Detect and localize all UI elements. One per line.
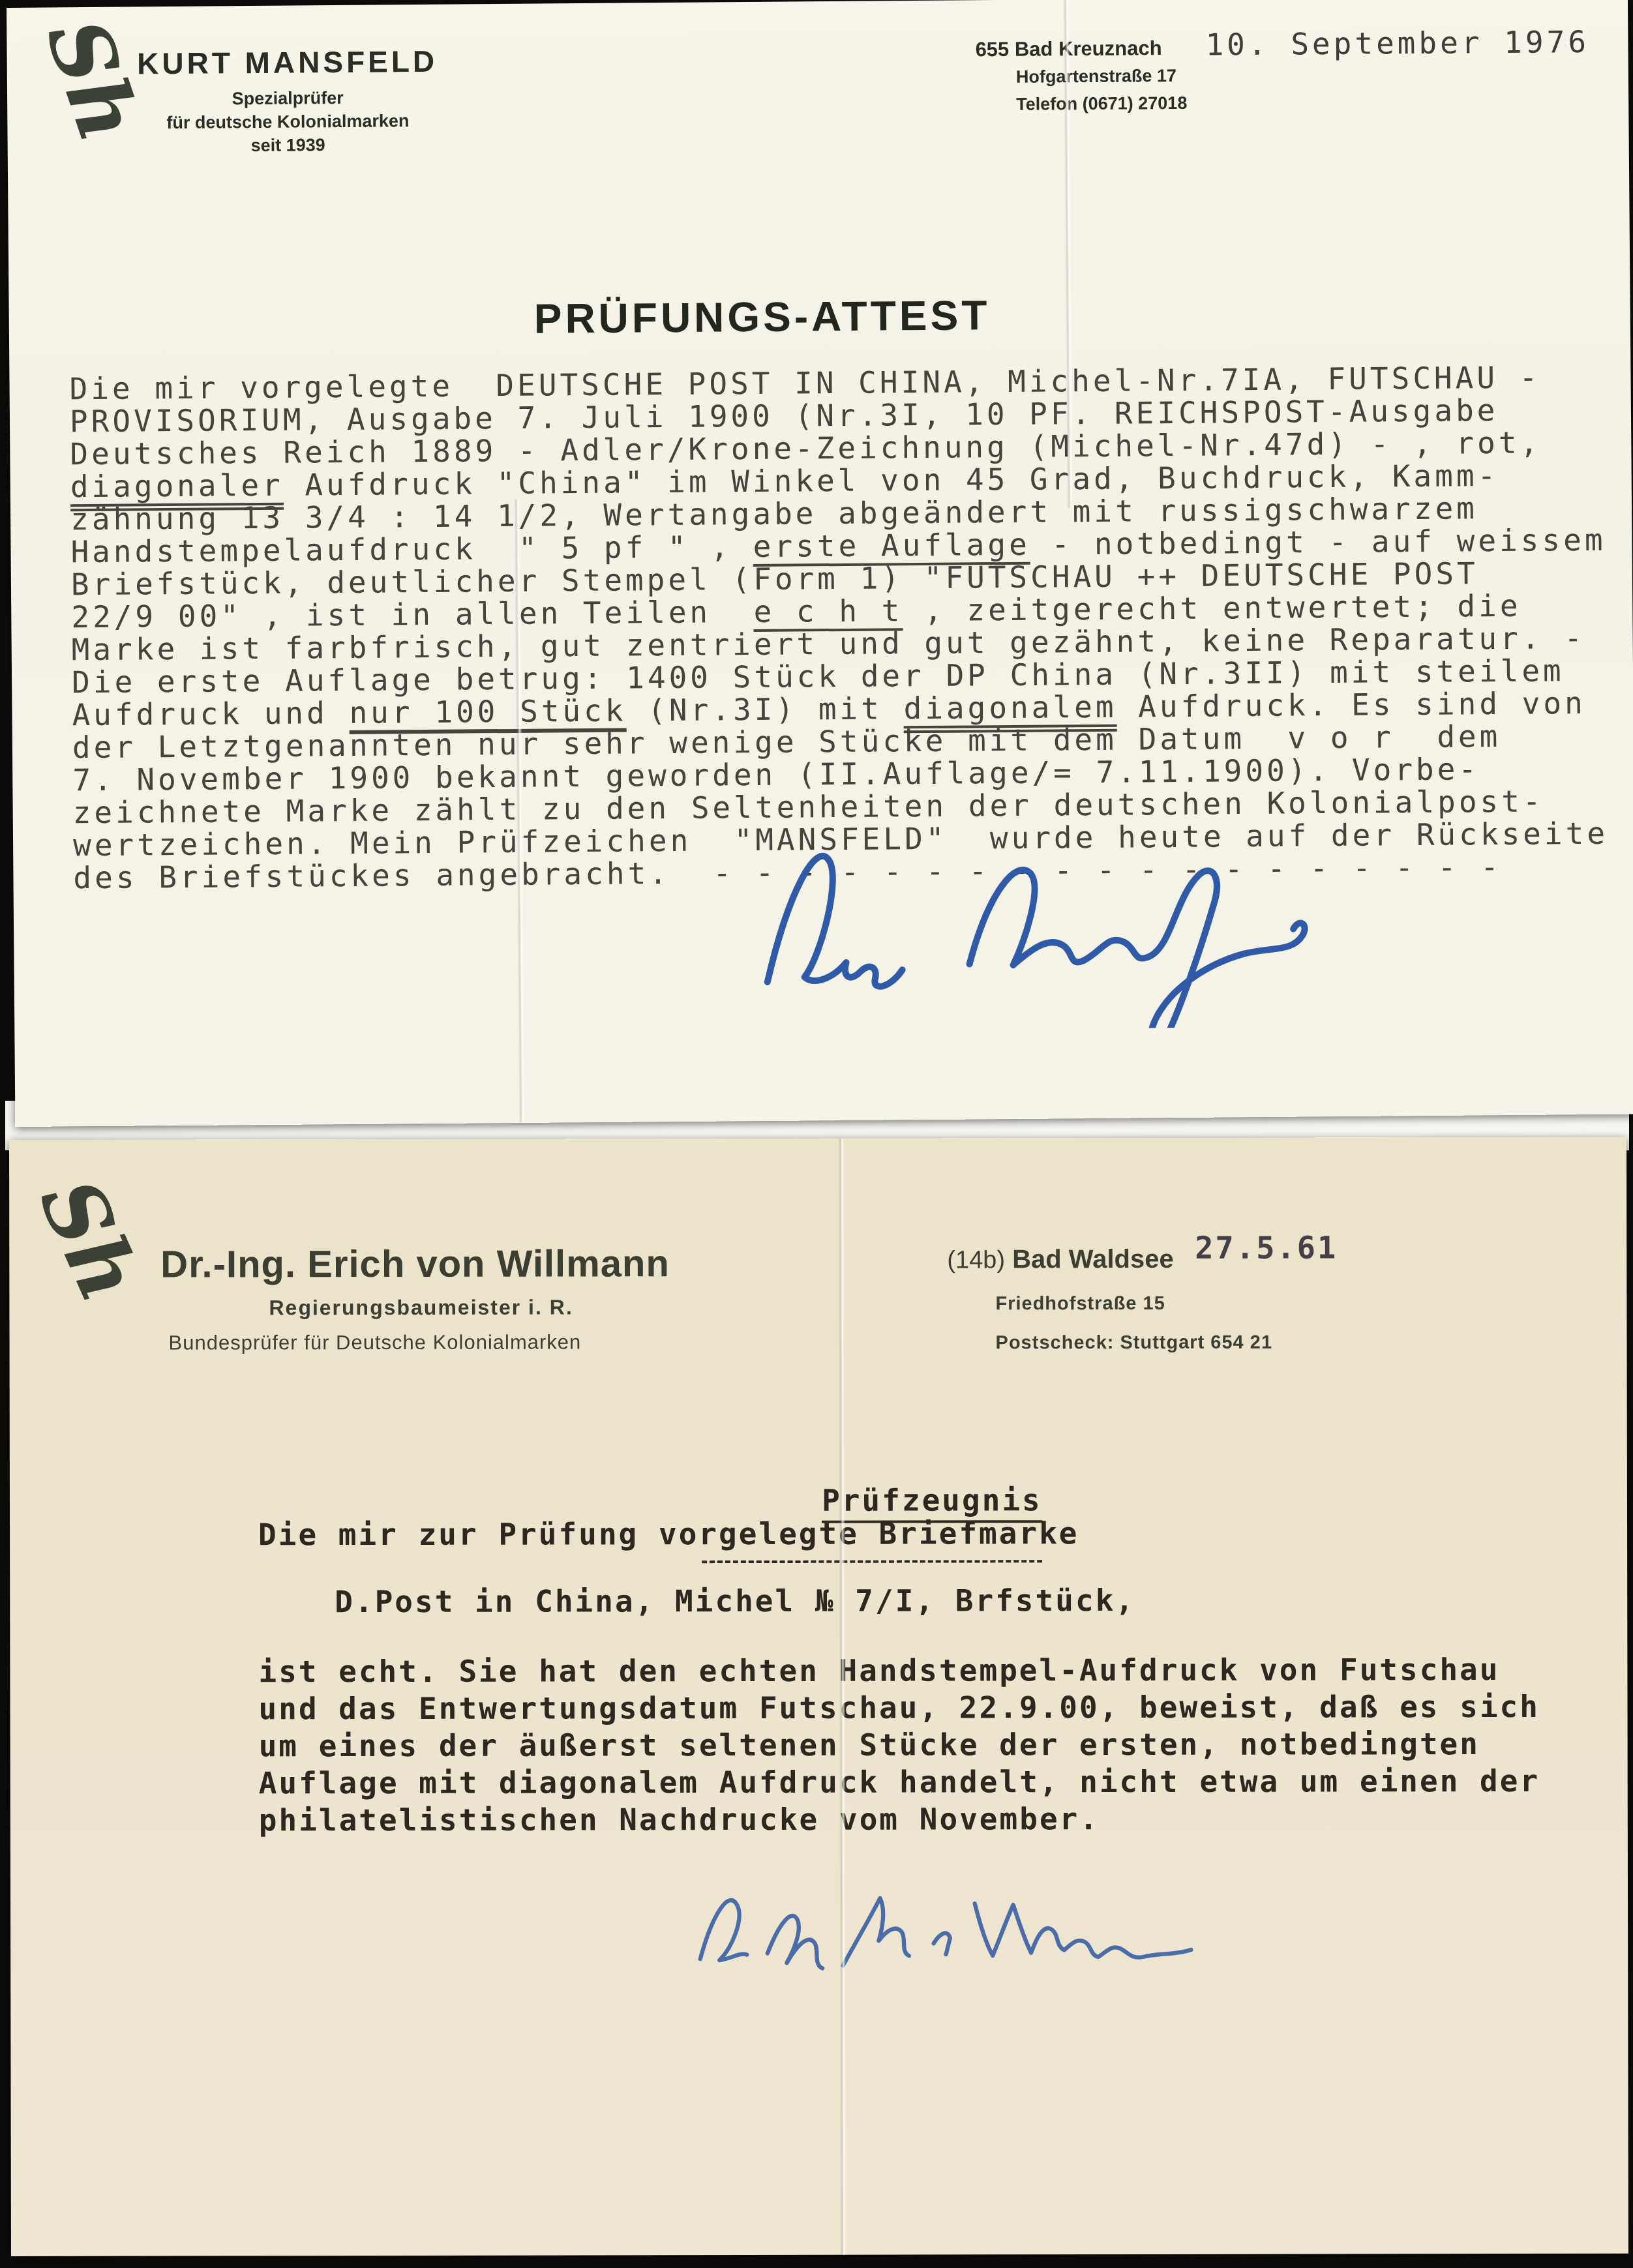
typed-line: und das Entwertungsdatum Futschau, 22.9.…	[258, 1688, 1540, 1727]
typed-date: 10. September 1976	[1205, 24, 1589, 63]
letterhead-name: KURT MANSFELD	[98, 43, 476, 82]
typed-line: philatelistischen Nachdrucke vom Novembe…	[259, 1800, 1540, 1839]
handwritten-corner-mark: Sh	[27, 1168, 153, 1313]
address-postal-zone: (14b)	[947, 1246, 1005, 1274]
typed-line: Auflage mit diagonalem Aufdruck handelt,…	[259, 1763, 1540, 1802]
certificate-body-text: ist echt. Sie hat den echten Handstempel…	[258, 1651, 1540, 1839]
letterhead-address: 655 Bad Kreuznach Hofgartenstraße 17 Tel…	[975, 37, 1187, 117]
typed-line: um eines der äußerst seltenen Stücke der…	[259, 1725, 1540, 1765]
letterhead-mansfeld: KURT MANSFELD Spezialprüfer für deutsche…	[98, 43, 477, 158]
letterhead-name: Dr.-Ing. Erich von Willmann	[160, 1242, 670, 1286]
letterhead-subtitle: seit 1939	[99, 132, 477, 158]
subject-line: D.Post in China, Michel № 7/I, Brfstück,	[335, 1583, 1135, 1619]
address-city: (14b) Bad Waldsee	[947, 1245, 1173, 1275]
letterhead-subtitle: Spezialprüfer	[98, 85, 477, 112]
typed-line: ist echt. Sie hat den echten Handstempel…	[258, 1651, 1540, 1690]
address-city: 655 Bad Kreuznach	[975, 37, 1186, 62]
address-phone: Telefon (0671) 27018	[1016, 92, 1187, 116]
letterhead-role: Bundesprüfer für Deutsche Kolonialmarken	[169, 1330, 582, 1354]
letterhead-subtitle: für deutsche Kolonialmarken	[98, 108, 477, 135]
scanned-certificates-page: Sh KURT MANSFELD Spezialprüfer für deuts…	[0, 0, 1633, 2268]
mansfeld-signature	[743, 805, 1345, 1031]
typed-date: 27.5.61	[1195, 1230, 1338, 1266]
willmann-signature	[680, 1855, 1201, 1986]
document-title: PRÜFUNGS-ATTEST	[533, 291, 990, 342]
letterhead-role: Regierungsbaumeister i. R.	[269, 1295, 573, 1320]
title-underline	[702, 1560, 1042, 1563]
certificate-willmann: Sh Dr.-Ing. Erich von Willmann Regierung…	[9, 1137, 1628, 2256]
address-postcheck: Postscheck: Stuttgart 654 21	[996, 1332, 1273, 1354]
address-street: Friedhofstraße 15	[995, 1293, 1165, 1315]
intro-line: Die mir zur Prüfung vorgelegte Briefmark…	[258, 1515, 1079, 1552]
address-city-name: Bad Waldsee	[1012, 1245, 1174, 1274]
address-street: Hofgartenstraße 17	[1016, 65, 1187, 89]
certificate-mansfeld: Sh KURT MANSFELD Spezialprüfer für deuts…	[7, 0, 1633, 1127]
